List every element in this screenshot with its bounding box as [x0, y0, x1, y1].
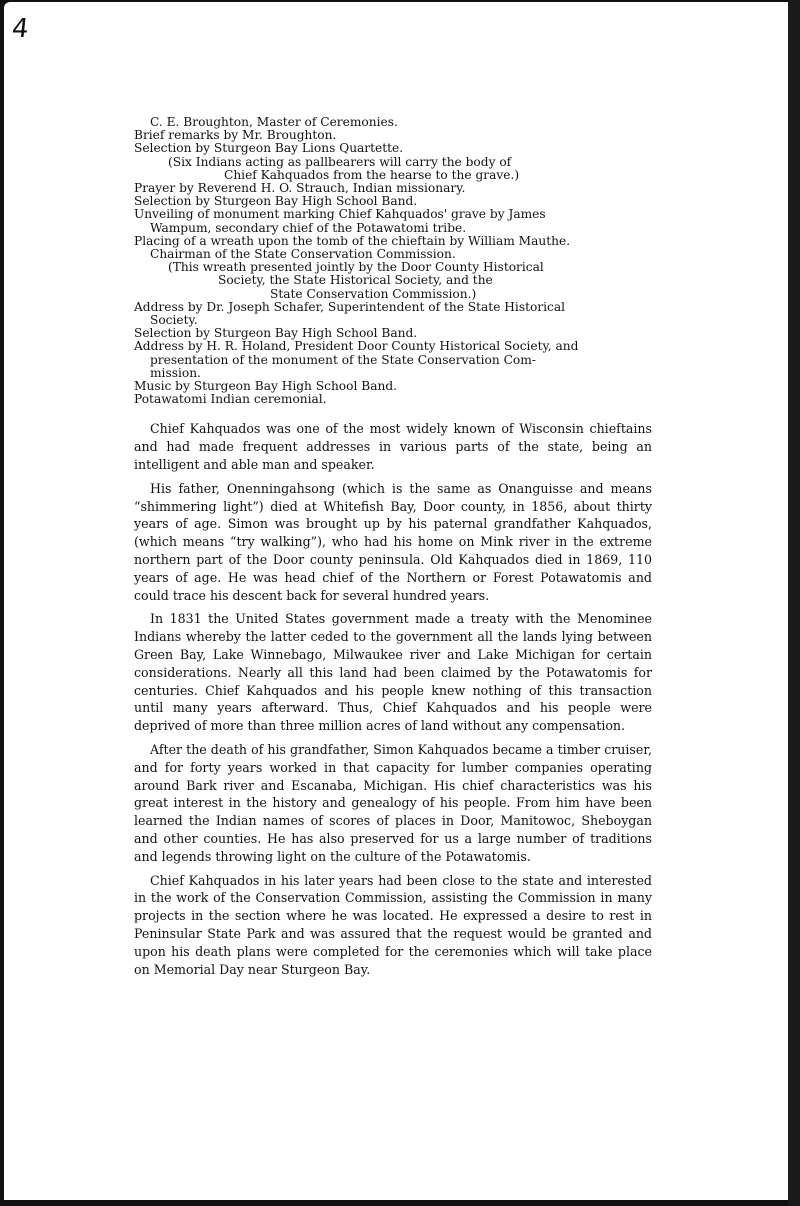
document-body: C. E. Broughton, Master of Ceremonies.Br…: [134, 116, 652, 984]
program-item: mission.: [134, 367, 652, 380]
body-paragraph: Chief Kahquados in his later years had b…: [134, 872, 652, 979]
program-item: Unveiling of monument marking Chief Kahq…: [134, 208, 652, 221]
program-item: Address by Dr. Joseph Schafer, Superinte…: [134, 301, 652, 314]
body-paragraph: Chief Kahquados was one of the most wide…: [134, 420, 652, 473]
program-item: Wampum, secondary chief of the Potawatom…: [134, 222, 652, 235]
program-item: Selection by Sturgeon Bay High School Ba…: [134, 195, 652, 208]
program-item: (This wreath presented jointly by the Do…: [134, 261, 652, 274]
program-item: (Six Indians acting as pallbearers will …: [134, 156, 652, 169]
document-page: 4 C. E. Broughton, Master of Ceremonies.…: [4, 2, 790, 1200]
program-item: Potawatomi Indian ceremonial.: [134, 393, 652, 406]
biography-text: Chief Kahquados was one of the most wide…: [134, 420, 652, 978]
body-paragraph: His father, Onenningahsong (which is the…: [134, 480, 652, 605]
scan-edge-shadow: [788, 0, 800, 1206]
program-item: Prayer by Reverend H. O. Strauch, Indian…: [134, 182, 652, 195]
body-paragraph: After the death of his grandfather, Simo…: [134, 741, 652, 866]
body-paragraph: In 1831 the United States government mad…: [134, 610, 652, 735]
program-item: Placing of a wreath upon the tomb of the…: [134, 235, 652, 248]
program-item: Brief remarks by Mr. Broughton.: [134, 129, 652, 142]
program-item: Address by H. R. Holand, President Door …: [134, 340, 652, 353]
program-item: C. E. Broughton, Master of Ceremonies.: [134, 116, 652, 129]
program-item: Selection by Sturgeon Bay Lions Quartett…: [134, 142, 652, 155]
ceremony-program: C. E. Broughton, Master of Ceremonies.Br…: [134, 116, 652, 406]
program-item: Society, the State Historical Society, a…: [134, 274, 652, 287]
program-item: Music by Sturgeon Bay High School Band.: [134, 380, 652, 393]
program-item: Society.: [134, 314, 652, 327]
program-item: Chief Kahquados from the hearse to the g…: [134, 169, 652, 182]
program-item: presentation of the monument of the Stat…: [134, 354, 652, 367]
program-item: State Conservation Commission.): [134, 288, 652, 301]
program-item: Chairman of the State Conservation Commi…: [134, 248, 652, 261]
handwritten-page-number: 4: [10, 14, 30, 44]
program-item: Selection by Sturgeon Bay High School Ba…: [134, 327, 652, 340]
